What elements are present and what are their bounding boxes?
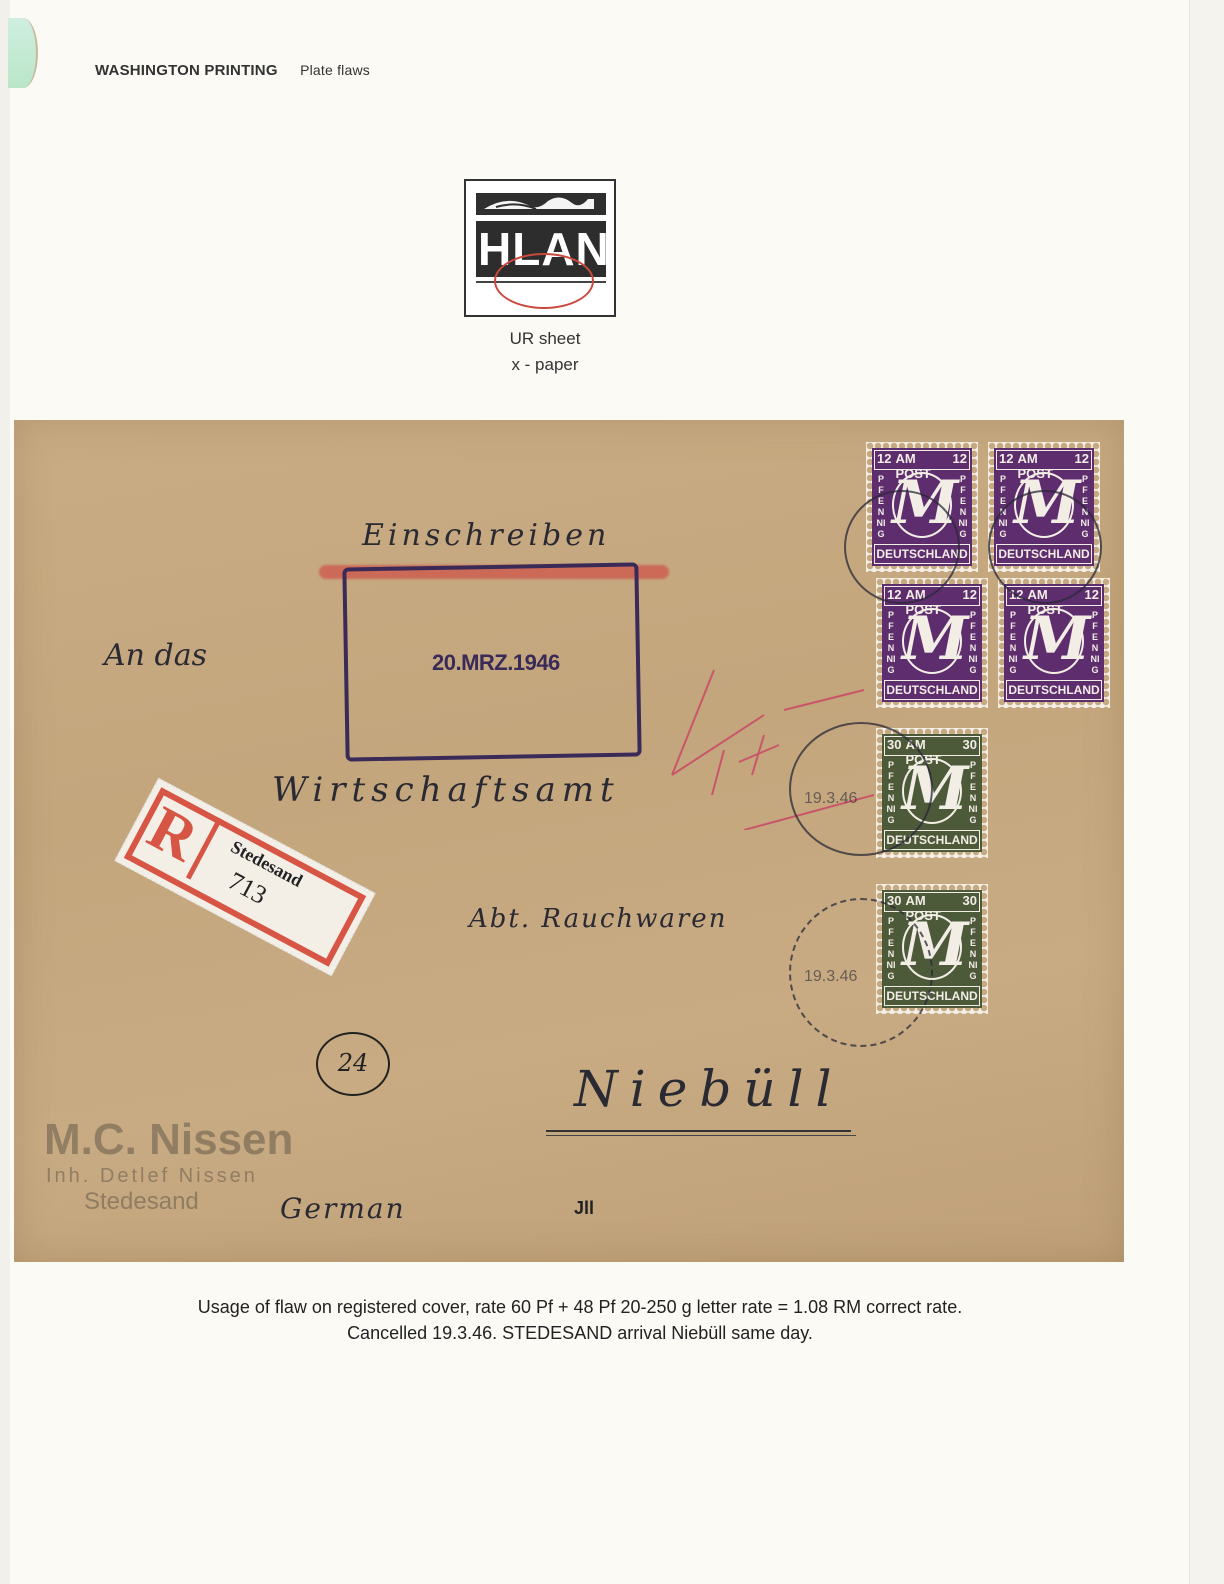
postmark-circle xyxy=(789,722,933,856)
postmark-date: 19.3.46 xyxy=(804,968,857,986)
postmark-circle xyxy=(988,490,1102,604)
page-edge xyxy=(1189,0,1224,1584)
address-city: Niebüll xyxy=(574,1060,844,1118)
registered-cover: Einschreiben 20.MRZ.1946 An das Wirtscha… xyxy=(14,420,1124,1262)
address-salutation: An das xyxy=(104,638,207,673)
postmark-date: 19.3.46 xyxy=(804,790,857,808)
ornament-icon xyxy=(476,193,606,215)
endorsement-text: Einschreiben xyxy=(362,518,610,553)
postmark-circle xyxy=(844,490,960,604)
corner-tab xyxy=(8,18,38,88)
flaw-paper: x - paper xyxy=(480,352,610,378)
page-edge xyxy=(0,0,10,1584)
flaw-caption: UR sheet x - paper xyxy=(480,326,610,378)
caption-line-rate: Usage of flaw on registered cover, rate … xyxy=(60,1294,1100,1320)
receipt-stamp-date: 20.MRZ.1946 xyxy=(432,650,560,676)
address-office: Wirtschaftsamt xyxy=(272,770,620,810)
page-header: WASHINGTON PRINTING Plate flaws xyxy=(95,62,370,79)
small-mark: Jll xyxy=(574,1198,594,1219)
flaw-position: UR sheet xyxy=(480,326,610,352)
flaw-highlight-circle xyxy=(494,253,594,309)
flaw-enlargement: HLAN xyxy=(464,179,616,317)
page-subtitle: Plate flaws xyxy=(300,62,370,78)
sender-handstamp: M.C. Nissen Inh. Detlef Nissen Stedesand xyxy=(44,1115,293,1216)
page-title: WASHINGTON PRINTING xyxy=(95,62,278,79)
city-underline xyxy=(546,1135,856,1136)
country-note: German xyxy=(280,1192,406,1225)
caption-line-cancel: Cancelled 19.3.46. STEDESAND arrival Nie… xyxy=(60,1320,1100,1346)
exhibit-caption: Usage of flaw on registered cover, rate … xyxy=(60,1294,1100,1346)
address-department: Abt. Rauchwaren xyxy=(469,904,727,934)
city-underline xyxy=(546,1130,851,1132)
circled-number: 24 xyxy=(316,1032,390,1096)
